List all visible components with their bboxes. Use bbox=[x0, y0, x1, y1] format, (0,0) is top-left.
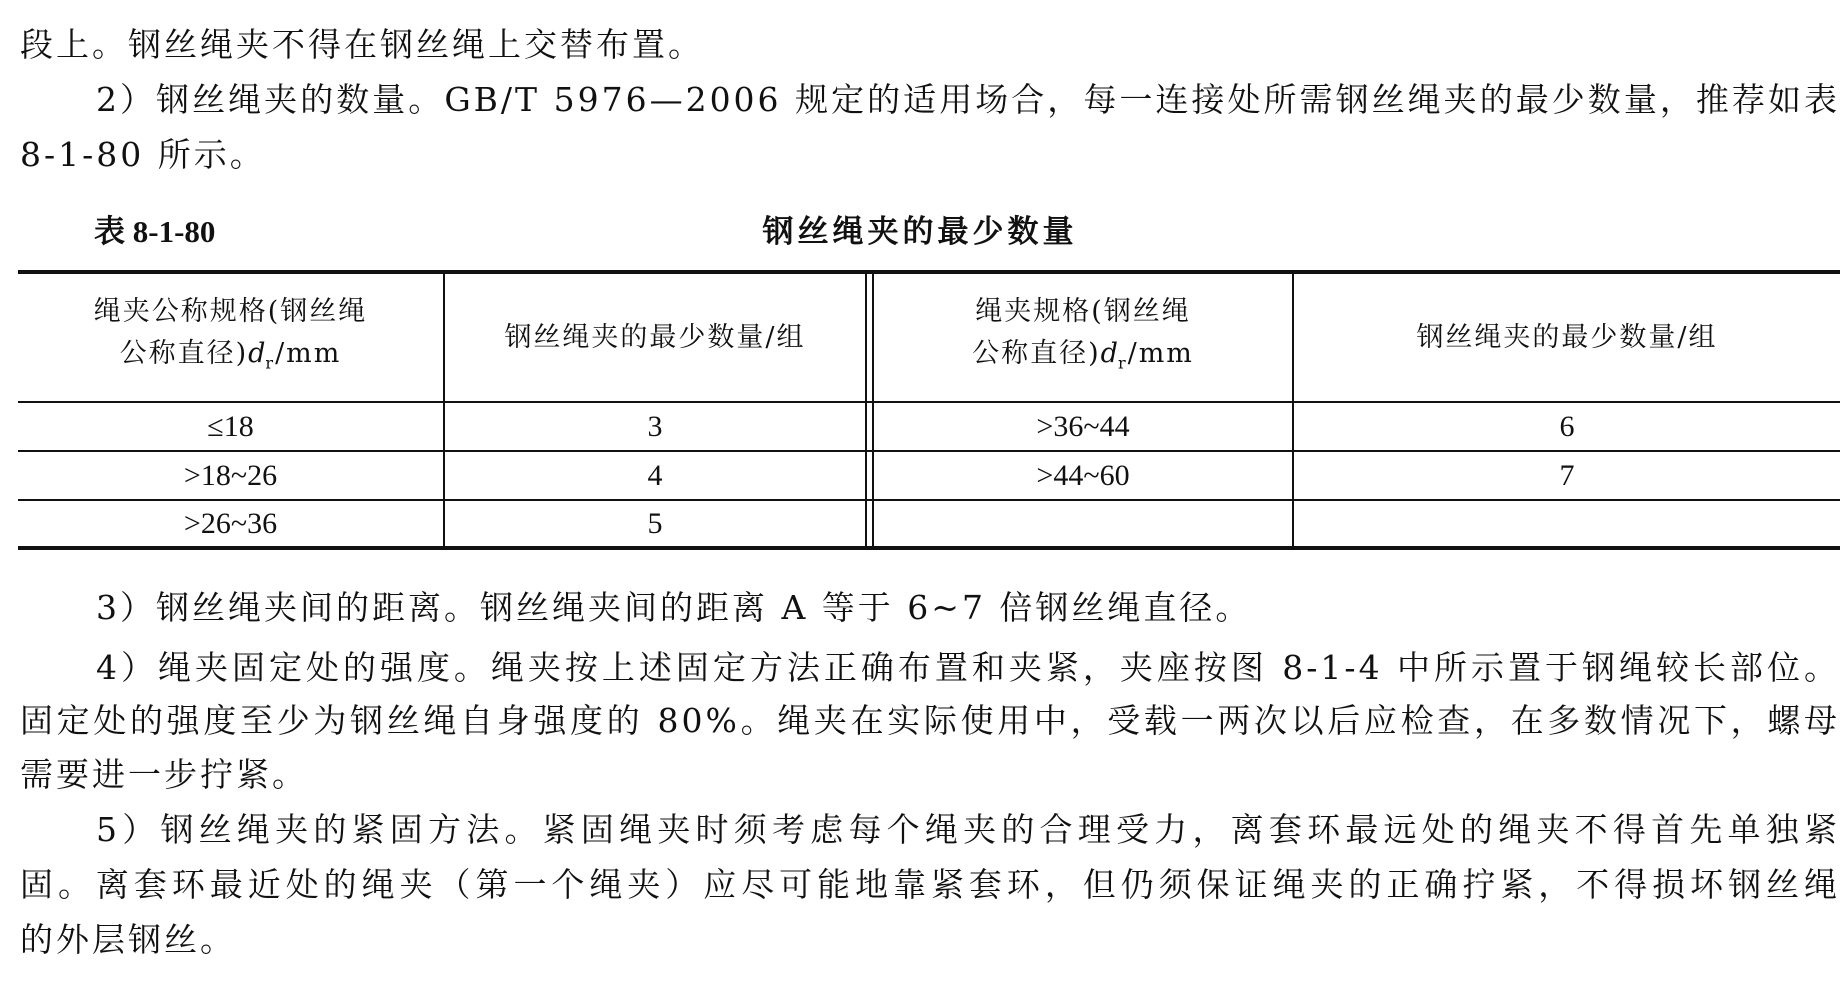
paragraph-1-end: 段上。钢丝绳夹不得在钢丝绳上交替布置。 bbox=[20, 25, 1840, 65]
header-nominal-size-left: 绳夹公称规格(钢丝绳 公称直径)dr/mm bbox=[18, 274, 443, 401]
header-col1-line2: 公称直径)dr/mm bbox=[94, 333, 368, 384]
paragraph-4-line-2: 固定处的强度至少为钢丝绳自身强度的 80%。绳夹在实际使用中，受载一两次以后应检… bbox=[20, 701, 1840, 741]
header-min-count-left: 钢丝绳夹的最少数量/组 bbox=[445, 274, 865, 401]
table-number: 表 8-1-80 bbox=[94, 212, 215, 252]
paragraph-5-line-2: 固。离套环最近处的绳夹（第一个绳夹）应尽可能地靠紧套环，但仍须保证绳夹的正确拧紧… bbox=[20, 865, 1840, 905]
table-title: 钢丝绳夹的最少数量 bbox=[620, 212, 1220, 252]
table-cell-diameter-right: >36~44 bbox=[874, 403, 1292, 450]
table-bottom-rule bbox=[18, 546, 1840, 550]
paragraph-4-line-1: 4）绳夹固定处的强度。绳夹按上述固定方法正确布置和夹紧，夹座按图 8-1-4 中… bbox=[20, 648, 1840, 688]
header-min-count-right: 钢丝绳夹的最少数量/组 bbox=[1294, 274, 1840, 401]
table-cell-count-right: 7 bbox=[1294, 452, 1840, 499]
header-nominal-size-right: 绳夹规格(钢丝绳 公称直径)dr/mm bbox=[874, 274, 1292, 401]
paragraph-5-line-1: 5）钢丝绳夹的紧固方法。紧固绳夹时须考虑每个绳夹的合理受力，离套环最远处的绳夹不… bbox=[20, 810, 1840, 850]
document-page: 段上。钢丝绳夹不得在钢丝绳上交替布置。 2）钢丝绳夹的数量。GB/T 5976—… bbox=[0, 0, 1848, 998]
paragraph-3-line-1: 3）钢丝绳夹间的距离。钢丝绳夹间的距离 A 等于 6~7 倍钢丝绳直径。 bbox=[20, 588, 1840, 628]
table-cell-count-left: 3 bbox=[445, 403, 865, 450]
table-cell-diameter-left: >18~26 bbox=[18, 452, 443, 499]
table-cell-count-right bbox=[1294, 501, 1840, 546]
table-cell-diameter-left: ≤18 bbox=[18, 403, 443, 450]
paragraph-5-line-3: 的外层钢丝。 bbox=[20, 920, 1840, 960]
paragraph-4-line-3: 需要进一步拧紧。 bbox=[20, 755, 1840, 795]
table-cell-count-left: 5 bbox=[445, 501, 865, 546]
header-col3-line1: 绳夹规格(钢丝绳 bbox=[972, 291, 1194, 333]
paragraph-2-line-1: 2）钢丝绳夹的数量。GB/T 5976—2006 规定的适用场合，每一连接处所需… bbox=[20, 80, 1840, 120]
table-cell-diameter-right: >44~60 bbox=[874, 452, 1292, 499]
table-cell-diameter-left: >26~36 bbox=[18, 501, 443, 546]
paragraph-2-line-2: 8-1-80 所示。 bbox=[20, 135, 1840, 175]
header-col3-line2: 公称直径)dr/mm bbox=[972, 333, 1194, 384]
table-cell-count-right: 6 bbox=[1294, 403, 1840, 450]
table-cell-count-left: 4 bbox=[445, 452, 865, 499]
min-clip-count-table: 绳夹公称规格(钢丝绳 公称直径)dr/mm 钢丝绳夹的最少数量/组 绳夹规格(钢… bbox=[18, 270, 1840, 550]
header-col1-line1: 绳夹公称规格(钢丝绳 bbox=[94, 291, 368, 333]
table-double-divider-a bbox=[865, 270, 867, 548]
table-cell-diameter-right bbox=[874, 501, 1292, 546]
